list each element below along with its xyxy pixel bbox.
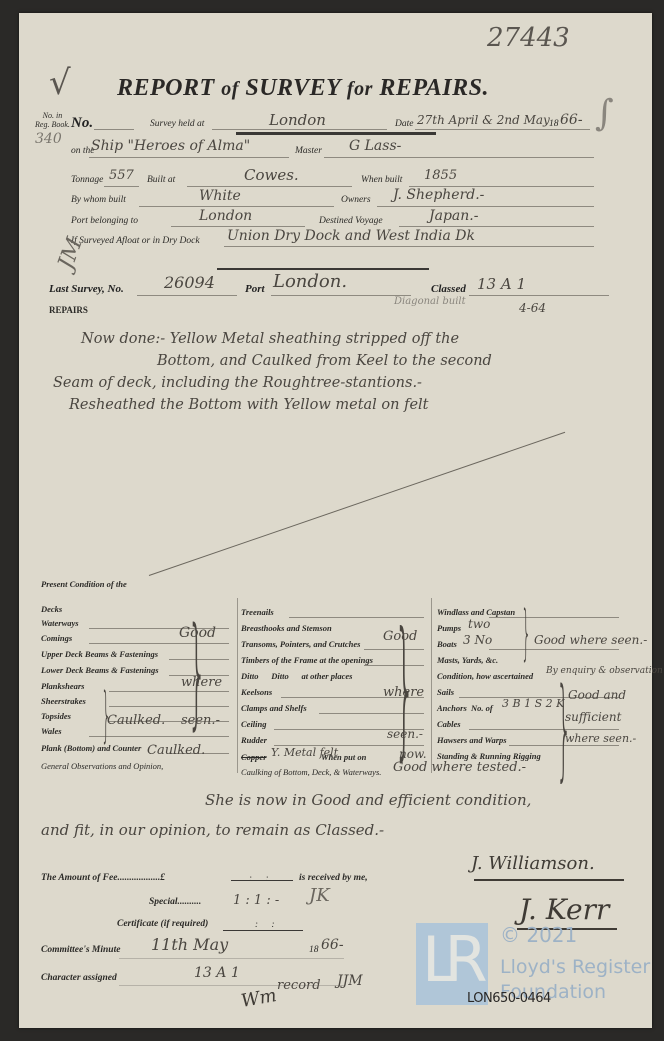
column-divider xyxy=(431,598,432,773)
classed-date: 4-64 xyxy=(519,301,546,315)
cond-hawsers: Hawsers and Warps xyxy=(437,735,507,745)
cond-cables: Cables xyxy=(437,719,461,729)
master-value: G Lass- xyxy=(349,138,401,154)
classed-note: Diagonal built xyxy=(394,296,466,307)
col3-note-3: where seen.- xyxy=(565,732,636,745)
cond-boats: Boats xyxy=(437,639,457,649)
reg-book-label: No. in Reg. Book. xyxy=(35,111,70,129)
port-value: London xyxy=(199,208,252,224)
tonnage-label: Tonnage xyxy=(71,175,103,185)
col1-caulked: Caulked. xyxy=(107,713,165,728)
voyage-line xyxy=(399,226,594,227)
document-title: REPORT of SURVEY for REPAIRS. xyxy=(117,75,489,102)
last-port-line xyxy=(271,295,411,296)
port-line xyxy=(171,226,305,227)
dock-value: Union Dry Dock and West India Dk xyxy=(227,228,475,244)
cond-masts: Masts, Yards, &c. xyxy=(437,655,498,665)
cond-plankshears: Plankshears xyxy=(41,681,84,691)
cond-clamps: Clamps and Shelfs xyxy=(241,703,307,713)
cond-plank: Plank (Bottom) and Counter xyxy=(41,743,141,753)
caulking-value: Good where tested.- xyxy=(393,760,526,775)
cond-ceiling: Ceiling xyxy=(241,719,267,729)
committee-line xyxy=(119,958,344,959)
general-label: General Observations and Opinion, xyxy=(41,761,163,771)
boats-value: 3 No xyxy=(463,633,492,647)
port-label: Port xyxy=(245,283,265,295)
copper-rest: When put on xyxy=(321,752,366,762)
classed-line xyxy=(469,295,609,296)
cond-rudder: Rudder xyxy=(241,735,267,745)
title-word: for xyxy=(347,78,373,100)
survey-held-line xyxy=(212,129,387,130)
repairs-line-4: Resheathed the Bottom with Yellow metal … xyxy=(69,397,429,413)
copper-value: now. xyxy=(399,747,427,761)
repairs-line-2: Bottom, and Caulked from Keel to the sec… xyxy=(157,353,492,369)
dock-line xyxy=(224,246,594,247)
committee-label: Committee's Minute xyxy=(41,945,120,955)
watermark-line-1: Lloyd's Register xyxy=(500,956,650,978)
cond-rigging: Standing & Running Rigging xyxy=(437,751,541,761)
fee-received: is received by me, xyxy=(299,873,368,883)
title-word: REPORT xyxy=(117,75,215,101)
rule-line xyxy=(89,643,229,644)
rule-line xyxy=(109,691,229,692)
title-word: of xyxy=(221,78,239,100)
fee-label-text: The Amount of Fee xyxy=(41,873,117,883)
margin-signature: ∫ xyxy=(595,93,614,134)
pumps-value: two xyxy=(468,617,490,631)
cond-topsides: Topsides xyxy=(41,711,71,721)
cond-keelsons: Keelsons xyxy=(241,687,272,697)
survey-held-label: Survey held at xyxy=(150,119,204,129)
cond-decks: Decks xyxy=(41,604,62,614)
committee-year-prefix: 18 xyxy=(309,945,319,955)
rule-line xyxy=(489,617,619,618)
record-initials-right: JJM xyxy=(337,973,363,989)
master-line xyxy=(324,157,594,158)
title-word: SURVEY xyxy=(245,75,340,101)
col2-where: where xyxy=(383,685,424,700)
special-initials: JK xyxy=(309,885,330,906)
strike-line xyxy=(149,432,565,576)
cond-waterways: Waterways xyxy=(41,618,79,628)
rule-line xyxy=(469,729,619,730)
by-whom-value: White xyxy=(199,188,241,204)
tonnage-value: 557 xyxy=(109,168,134,183)
cert-label: Certificate (if required) xyxy=(117,919,208,929)
committee-year: 66- xyxy=(321,937,344,953)
year-value: 66- xyxy=(560,112,583,128)
condition-heading: Present Condition of the xyxy=(41,579,127,589)
rule-line xyxy=(489,649,619,650)
cert-line xyxy=(223,930,303,931)
cond-timbers-other: Ditto Ditto at other places xyxy=(241,671,352,681)
caulking-label: Caulking of Bottom, Deck, & Waterways. xyxy=(241,767,381,777)
built-at-value: Cowes. xyxy=(244,166,299,184)
no-label: No. xyxy=(71,115,93,132)
when-built-value: 1855 xyxy=(424,168,457,183)
col1-good: Good xyxy=(179,625,216,641)
fee-line xyxy=(231,880,293,881)
cond-treenails: Treenails xyxy=(241,607,274,617)
col3-note-1: Good and xyxy=(568,688,626,702)
character-value: 13 A 1 xyxy=(194,965,240,981)
title-word: REPAIRS. xyxy=(379,75,489,101)
side-initials: JM xyxy=(54,234,88,272)
date-line xyxy=(415,129,590,130)
anchors-value: 3 B 1 S 2 K xyxy=(502,697,564,710)
port-label: Port belonging to xyxy=(71,216,138,226)
owners-line xyxy=(377,206,594,207)
cond-anchors: Anchors No. of xyxy=(437,703,493,713)
cond-breasthooks: Breasthooks and Stemson xyxy=(241,623,332,633)
built-at-label: Built at xyxy=(147,175,175,185)
cond-comings: Comings xyxy=(41,633,72,643)
col3-top-note: Good where seen.- xyxy=(534,633,647,647)
cert-value: : : xyxy=(255,919,275,929)
character-label: Character assigned xyxy=(41,973,117,983)
classed-label: Classed xyxy=(431,283,466,295)
column-divider xyxy=(237,598,238,773)
title-rule xyxy=(236,132,436,135)
col2-good: Good xyxy=(383,629,417,644)
cond-timbers-openings: Timbers of the Frame at the openings xyxy=(241,655,373,665)
cond-ascertained: Condition, how ascertained xyxy=(437,671,533,681)
opinion-line-1: She is now in Good and efficient conditi… xyxy=(205,791,531,809)
dots: .......... xyxy=(178,897,202,907)
record-note: record xyxy=(277,978,321,993)
ship-line xyxy=(89,157,289,158)
classed-value: 13 A 1 xyxy=(477,275,526,293)
cond-sails: Sails xyxy=(437,687,454,697)
col1-where: where xyxy=(181,675,222,690)
voyage-value: Japan.- xyxy=(429,208,478,224)
signature-rule xyxy=(474,879,624,881)
by-whom-label: By whom built xyxy=(71,195,126,205)
opinion-line-2: and fit, in our opinion, to remain as Cl… xyxy=(41,821,384,839)
survey-document: 27443 √ REPORT of SURVEY for REPAIRS. No… xyxy=(19,13,652,1028)
committee-value: 11th May xyxy=(151,935,228,954)
check-mark: √ xyxy=(49,63,71,103)
section-rule xyxy=(217,268,429,270)
lr-logo-letters: LR xyxy=(422,923,476,996)
copper-label: Copper xyxy=(241,752,267,762)
cond-pumps: Pumps xyxy=(437,623,461,633)
owners-label: Owners xyxy=(341,195,371,205)
last-port-value: London. xyxy=(273,271,347,292)
col3-note-2: sufficient xyxy=(565,710,621,724)
currency: £ xyxy=(160,873,165,883)
when-built-label: When built xyxy=(361,175,402,185)
last-survey-label: Last Survey, No. xyxy=(49,283,124,295)
cond-sheerstrakes: Sheerstrakes xyxy=(41,696,86,706)
last-survey-value: 26094 xyxy=(164,273,215,292)
dock-label: If Surveyed Afloat or in Dry Dock xyxy=(71,236,200,246)
date-label: Date xyxy=(395,119,413,129)
voyage-label: Destined Voyage xyxy=(319,216,383,226)
rule-line xyxy=(109,706,229,707)
special-label-text: Special xyxy=(149,897,178,907)
signature-williamson: J. Williamson. xyxy=(471,853,595,874)
last-survey-line xyxy=(137,295,237,296)
col1-plank-caulked: Caulked. xyxy=(147,743,205,758)
built-at-line xyxy=(187,186,352,187)
brace-icon: } xyxy=(521,603,531,663)
ship-value: Ship "Heroes of Alma" xyxy=(91,138,250,154)
fee-label: The Amount of Fee..................£ xyxy=(41,873,165,883)
signature-kerr: J. Kerr xyxy=(519,893,609,926)
by-whom-line xyxy=(139,206,334,207)
survey-held-value: London xyxy=(269,111,326,129)
corner-number: 27443 xyxy=(487,23,570,53)
no-line xyxy=(94,129,134,130)
col1-seen: seen.- xyxy=(181,713,220,728)
date-value: 27th April & 2nd May xyxy=(417,113,550,127)
repairs-line-3: Seam of deck, including the Roughtree-st… xyxy=(53,375,422,391)
cond-upper-deck: Upper Deck Beams & Fastenings xyxy=(41,649,158,659)
tonnage-line xyxy=(104,186,139,187)
special-value: 1 : 1 : - xyxy=(233,893,279,908)
repairs-label: REPAIRS xyxy=(49,305,88,315)
record-initials-left: Wm xyxy=(239,985,278,1012)
reference-number: LON650-0464 xyxy=(467,991,551,1006)
owners-value: J. Shepherd.- xyxy=(393,187,484,203)
cond-wales: Wales xyxy=(41,726,62,736)
master-label: Master xyxy=(295,146,322,156)
reg-book-value: 340 xyxy=(35,131,62,147)
watermark-copyright: © 2021 xyxy=(500,923,577,947)
cond-lower-deck: Lower Deck Beams & Fastenings xyxy=(41,665,159,675)
fee-value: : : xyxy=(249,873,269,883)
dots: .................. xyxy=(117,873,160,883)
special-label: Special.......... xyxy=(149,897,201,907)
repairs-line-1: Now done:- Yellow Metal sheathing stripp… xyxy=(81,331,459,347)
year-prefix: 18 xyxy=(549,119,559,129)
col2-seen: seen.- xyxy=(387,727,423,741)
cond-transoms: Transoms, Pointers, and Crutches xyxy=(241,639,360,649)
cond-windlass: Windlass and Capstan xyxy=(437,607,515,617)
